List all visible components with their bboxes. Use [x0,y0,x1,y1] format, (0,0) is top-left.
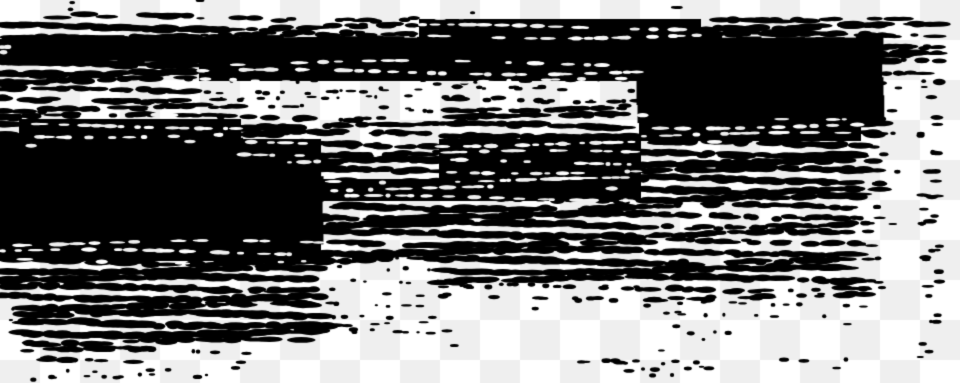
texture-stage [0,0,960,383]
black-ink-grunge-texture-image [0,0,960,383]
